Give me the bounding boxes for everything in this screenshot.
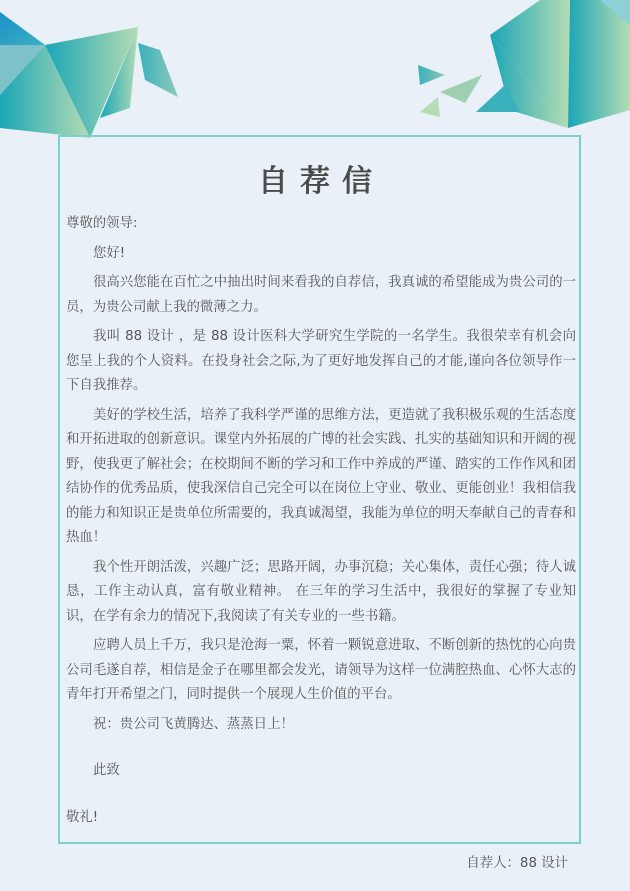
paragraph-3: 美好的学校生活，培养了我科学严谨的思维方法，更造就了我积极乐观的生活态度和开拓进… <box>66 404 576 551</box>
wish: 祝：贵公司飞黄腾达、蒸蒸日上！ <box>66 713 576 738</box>
greeting: 您好! <box>66 242 576 267</box>
paragraph-4: 我个性开朗活泼，兴趣广泛；思路开阔，办事沉稳；关心集体，责任心强；待人诚恳，工作… <box>66 556 576 630</box>
closing-cizhi: 此致 <box>66 759 576 784</box>
origami-decoration-icon <box>0 0 630 150</box>
paragraph-5: 应聘人员上千万，我只是沧海一粟，怀着一颗锐意进取、不断创新的热忱的心向贵公司毛遂… <box>66 634 576 708</box>
signature: 自荐人：88 设计 <box>66 852 576 877</box>
closing-jingli: 敬礼! <box>66 806 576 831</box>
paragraph-2: 我叫 88 设计 ，是 88 设计医科大学研究生学院的一名学生。我很荣幸有机会向… <box>66 325 576 399</box>
letter-body: 尊敬的领导: 您好! 很高兴您能在百忙之中抽出时间来看我的自荐信，我真诚的希望能… <box>66 212 576 877</box>
letter-title: 自荐信 <box>0 156 630 200</box>
paragraph-1: 很高兴您能在百忙之中抽出时间来看我的自荐信，我真诚的希望能成为贵公司的一员，为贵… <box>66 271 576 320</box>
salutation: 尊敬的领导: <box>66 212 576 237</box>
